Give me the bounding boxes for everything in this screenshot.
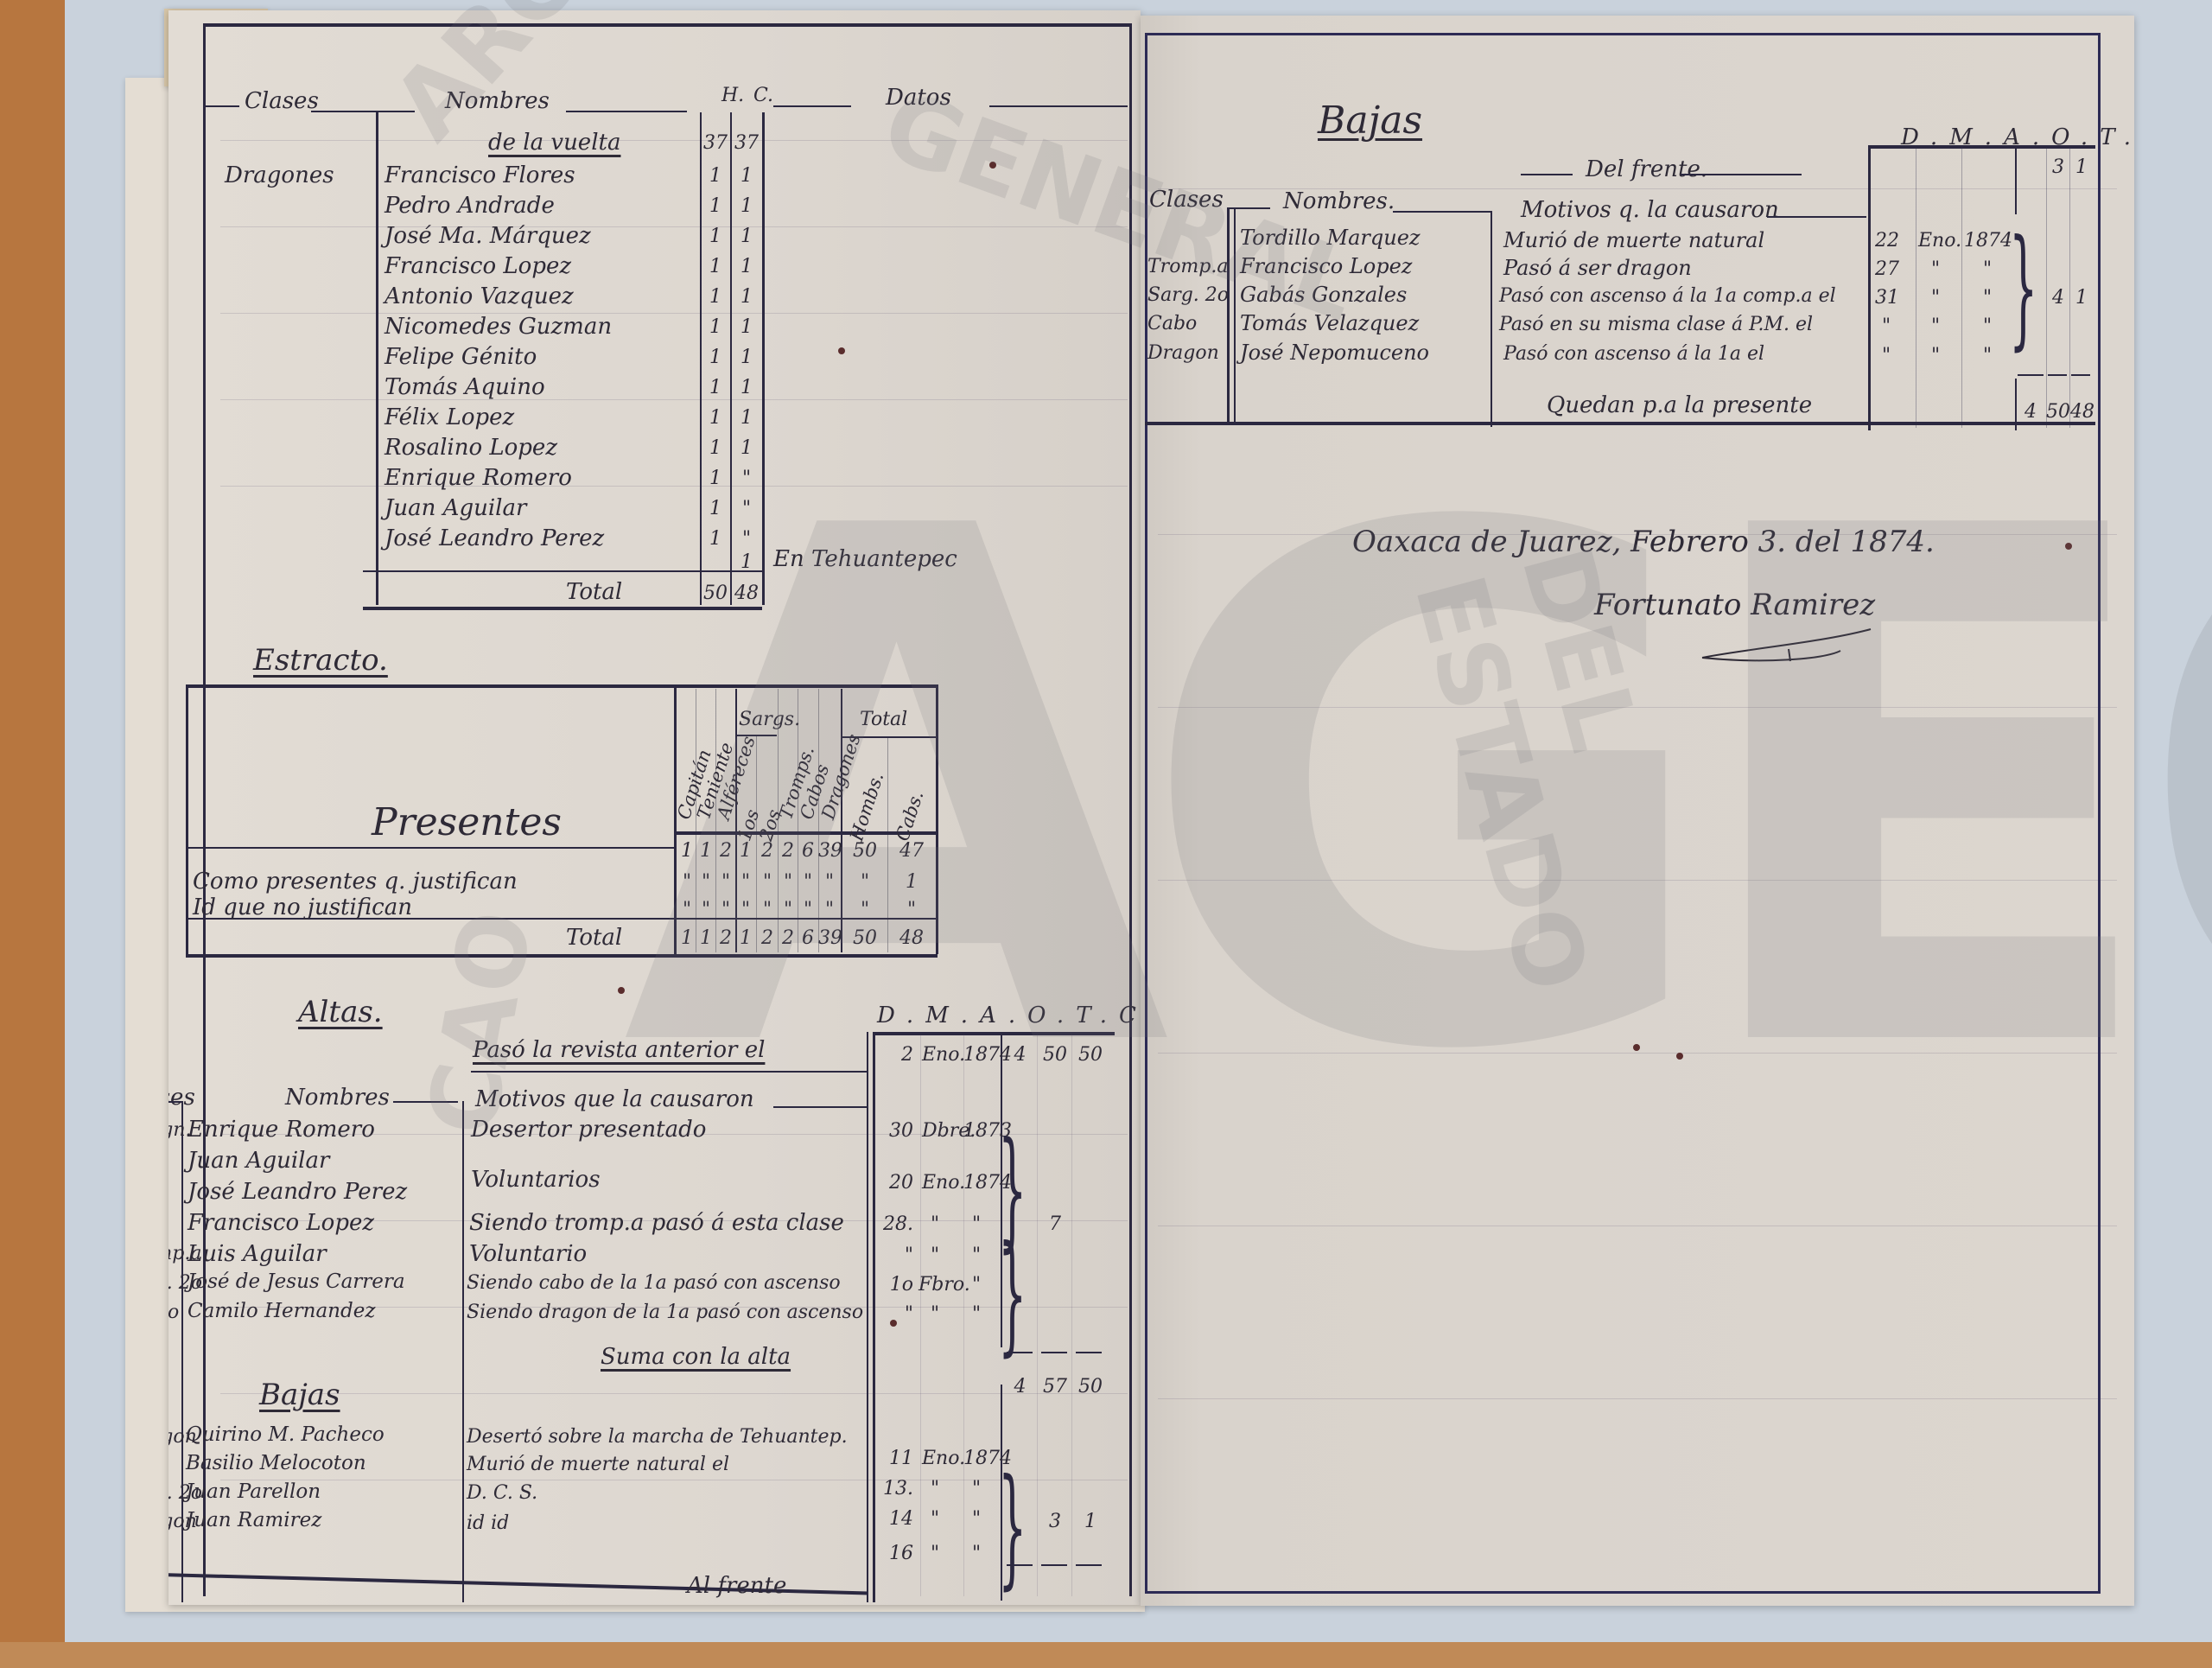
roster-name: Antonio Vazquez xyxy=(385,285,574,308)
bajas-name: Basilio Melocoton xyxy=(186,1454,366,1474)
right-bajas-carry-c: 1 xyxy=(2071,158,2092,177)
altas-date-headers: D.M.A.O.T.C. xyxy=(877,1004,1141,1027)
right-bajas-name: Tordillo Marquez xyxy=(1240,227,1421,248)
roster-header-c: C. xyxy=(753,86,773,105)
altas-motivo: Voluntario xyxy=(469,1243,587,1265)
altas-name: Luis Aguilar xyxy=(188,1243,327,1265)
roster-name: Francisco Flores xyxy=(385,164,575,187)
right-bajas-name: Francisco Lopez xyxy=(1240,256,1412,277)
left-bajas-bracket-c: 1 xyxy=(1073,1512,1108,1531)
right-bajas-quedan-label: Quedan p.a la presente xyxy=(1547,394,1812,417)
altas-title: Altas. xyxy=(298,997,383,1027)
roster-name: Pedro Andrade xyxy=(385,194,555,217)
altas-header-motivos: Motivos que la causaron xyxy=(475,1088,754,1111)
altas-motivo: Siendo dragon de la 1a pasó con ascenso xyxy=(467,1303,863,1322)
altas-sum-o: 4 xyxy=(1005,1378,1035,1397)
bajas-motivo: id id xyxy=(467,1514,509,1533)
altas-previous-review-label: Pasó la revista anterior el xyxy=(473,1039,765,1061)
altas-name: Camilo Hernandez xyxy=(188,1302,375,1321)
roster-header-clases: Clases xyxy=(245,90,319,112)
altas-name: Enrique Romero xyxy=(188,1118,375,1141)
altas-name: José de Jesus Carrera xyxy=(188,1272,405,1292)
altas-motivo: Siendo cabo de la 1a pasó con ascenso xyxy=(467,1274,841,1293)
altas-sum-c: 50 xyxy=(1073,1378,1108,1397)
right-bajas-bracket-c: 1 xyxy=(2071,289,2092,308)
right-bajas-quedan-t: 50 xyxy=(2046,403,2070,422)
extracto-title: Estracto. xyxy=(253,646,388,675)
roster-subheader-label: de la vuelta xyxy=(488,131,620,154)
altas-name: Francisco Lopez xyxy=(188,1212,374,1234)
roster-name: Félix Lopez xyxy=(385,406,514,429)
right-bajas-header-motivos: Motivos q. la causaron xyxy=(1521,199,1779,221)
altas-motivo: Desertor presentado xyxy=(471,1118,706,1141)
roster-name: José Ma. Márquez xyxy=(385,225,591,247)
right-bajas-carry-t: 3 xyxy=(2048,158,2069,177)
altas-bracket-t: 7 xyxy=(1039,1215,1071,1234)
roster-name: Felipe Génito xyxy=(385,346,537,368)
right-bajas-motivo: Pasó con ascenso á la 1a comp.a el xyxy=(1499,287,1836,306)
left-bajas-bracket-t: 3 xyxy=(1039,1512,1071,1531)
roster-name: Rosalino Lopez xyxy=(385,436,557,459)
bajas-name: Juan Parellon xyxy=(186,1482,321,1502)
roster-name: Francisco Lopez xyxy=(385,255,571,277)
altas-motivo: Voluntarios xyxy=(471,1168,601,1191)
right-bajas-quedan-c: 48 xyxy=(2070,403,2094,422)
left-bajas-title: Bajas xyxy=(259,1380,340,1410)
right-bajas-motivo: Murió de muerte natural xyxy=(1503,230,1764,251)
roster-name: Juan Aguilar xyxy=(385,497,526,519)
right-bajas-header-nombres: Nombres. xyxy=(1283,190,1395,213)
closing-place-date: Oaxaca de Juarez, Febrero 3. del 1874. xyxy=(1352,527,1935,557)
altas-motivo: Siendo tromp.a pasó á esta clase xyxy=(469,1212,844,1234)
bajas-motivo: Murió de muerte natural el xyxy=(467,1455,729,1474)
right-bajas-motivo: Pasó con ascenso á la 1a el xyxy=(1503,345,1764,364)
altas-header-nombres: Nombres xyxy=(285,1086,390,1109)
right-bajas-name: José Nepomuceno xyxy=(1240,342,1429,363)
roster-total-c: 48 xyxy=(733,584,760,603)
right-bajas-name: Gabás Gonzales xyxy=(1240,284,1407,305)
right-bajas-del-frente: Del frente. xyxy=(1586,158,1707,181)
left-bajas-footer: Al frente xyxy=(687,1575,786,1597)
extracto-row-label: Total xyxy=(566,926,622,949)
right-bajas-name: Tomás Velazquez xyxy=(1240,313,1419,334)
bajas-motivo: Desertó sobre la marcha de Tehuantep. xyxy=(467,1428,848,1447)
right-bajas-quedan-o: 4 xyxy=(2015,403,2046,422)
closing-signature: Fortunato Ramirez xyxy=(1594,590,1875,620)
extracto-row-label: Como presentes q. justifican xyxy=(193,870,518,893)
roster-clase-group: Dragones xyxy=(225,164,334,187)
bajas-bracket: } xyxy=(998,1462,1027,1592)
table-surface-bottom xyxy=(0,1642,2212,1668)
right-bajas-motivo: Pasó á ser dragon xyxy=(1503,258,1692,278)
roster-header-h: H. xyxy=(721,86,744,105)
altas-sum-label: Suma con la alta xyxy=(601,1346,791,1368)
right-page: Bajas Del frente. D.M.A.O.T.C. 3 1 Clase… xyxy=(1141,16,2134,1606)
altas-name: Juan Aguilar xyxy=(188,1149,329,1172)
bajas-name: Quirino M. Pacheco xyxy=(186,1425,385,1445)
extracto-row-label: Id que no justifican xyxy=(193,896,412,919)
bajas-name: Juan Ramirez xyxy=(186,1511,321,1531)
table-surface-edge xyxy=(0,0,65,1668)
roster-name: José Leandro Perez xyxy=(385,527,604,550)
altas-sum-t: 57 xyxy=(1039,1378,1071,1397)
signature-flourish-icon xyxy=(1694,625,1884,668)
roster-header-nombres: Nombres xyxy=(445,90,550,112)
roster-name: Nicomedes Guzman xyxy=(385,315,612,338)
right-bajas-motivo: Pasó en su misma clase á P.M. el xyxy=(1499,315,1813,334)
altas-bracket: } xyxy=(998,1229,1027,1359)
bajas-motivo: D. C. S. xyxy=(467,1484,537,1503)
roster-note: En Tehuantepec xyxy=(773,548,957,570)
roster-total-h: 50 xyxy=(702,584,728,603)
altas-name: José Leandro Perez xyxy=(188,1181,407,1203)
roster-header-datos: Datos xyxy=(886,86,951,109)
extracto-col: Cabs. xyxy=(892,788,927,844)
extracto-row-label: Presentes xyxy=(372,804,562,842)
right-bajas-title: Bajas xyxy=(1318,102,1422,140)
extracto-group-total: Total xyxy=(860,710,907,729)
left-page: Clases Nombres H. C. Datos de la vuelta … xyxy=(168,10,1141,1605)
right-bajas-header-clases: Clases xyxy=(1149,188,1224,211)
right-bajas-bracket-t: 4 xyxy=(2048,289,2069,308)
right-bajas-bracket: } xyxy=(2009,223,2037,353)
roster-name: Enrique Romero xyxy=(385,467,572,489)
roster-name: Tomás Aquino xyxy=(385,376,545,398)
extracto-group-sargentos: Sargs. xyxy=(739,710,800,729)
roster-total-label: Total xyxy=(566,581,622,603)
